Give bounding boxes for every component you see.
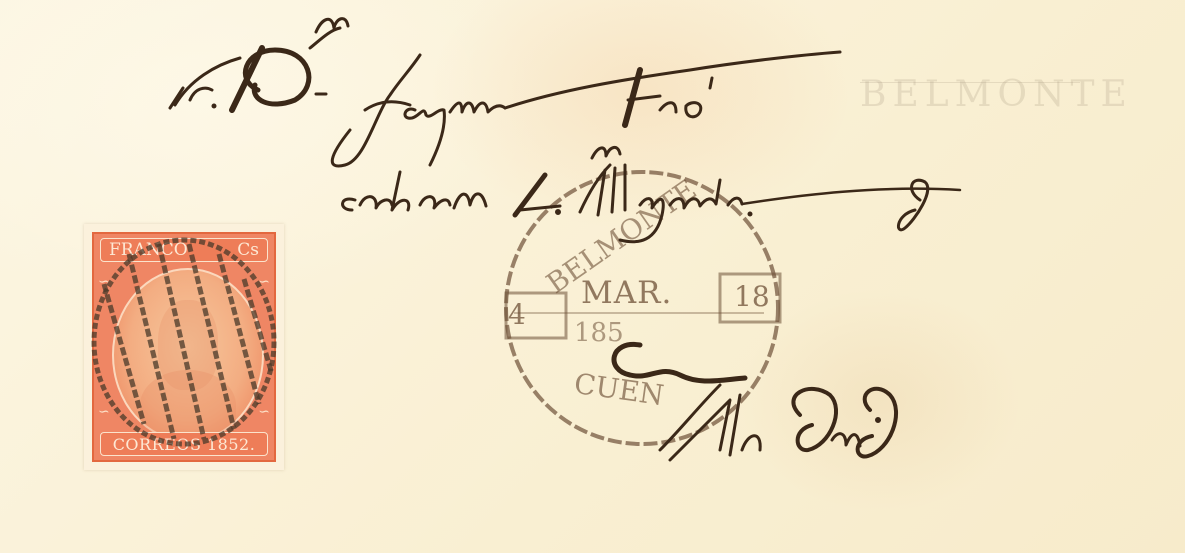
stamp-value-text: Cs xyxy=(237,240,259,260)
scroll-ornament-icon: ∽ xyxy=(258,274,270,290)
postmark-province: CUEN xyxy=(572,367,666,412)
scroll-ornament-icon: ∽ xyxy=(258,404,270,420)
portrait-bust xyxy=(140,370,236,440)
stamp-frame: FRANCO Cs ∽ ∽ ∽ ∽ CORREOS 1852. xyxy=(92,232,276,462)
stamp-correos-text: CORREOS 1852. xyxy=(113,435,256,454)
scroll-ornament-icon: ∽ xyxy=(98,274,110,290)
stamp-franco-text: FRANCO xyxy=(109,240,188,260)
stamp-top-label: FRANCO Cs xyxy=(100,238,268,262)
scroll-ornament-icon: ∽ xyxy=(98,404,110,420)
postage-stamp: FRANCO Cs ∽ ∽ ∽ ∽ CORREOS 1852. xyxy=(84,224,284,470)
queen-portrait-oval xyxy=(112,268,264,442)
stamp-bottom-label: CORREOS 1852. xyxy=(100,432,268,456)
postal-cover: 4 2 BELMONTE FRANCO Cs ∽ ∽ ∽ ∽ CORREOS 1… xyxy=(0,0,1185,553)
